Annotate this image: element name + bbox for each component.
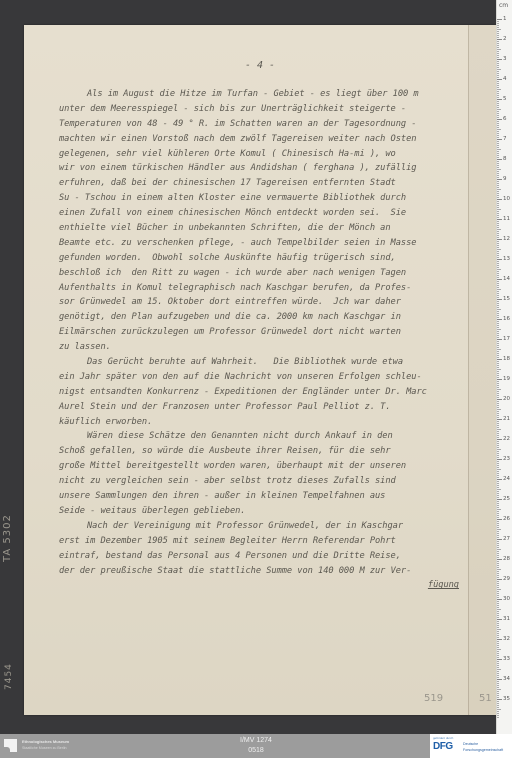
ruler-minor-tick xyxy=(497,383,499,384)
ruler-label: 3 xyxy=(503,56,507,62)
ruler-minor-tick xyxy=(497,103,499,104)
ruler-minor-tick xyxy=(497,307,499,308)
measurement-ruler: cm 1234567891011121314151617181920212223… xyxy=(496,0,512,734)
ruler-label: 7 xyxy=(503,136,507,142)
ruler-minor-tick xyxy=(497,143,499,144)
ruler-minor-tick xyxy=(497,55,499,56)
ruler-minor-tick xyxy=(497,253,499,254)
ruler-minor-tick xyxy=(497,543,499,544)
ruler-tick xyxy=(497,339,502,340)
ruler-minor-tick xyxy=(497,303,499,304)
ruler-label: 12 xyxy=(503,236,510,242)
ruler-minor-tick xyxy=(497,537,499,538)
ruler-minor-tick xyxy=(497,289,501,290)
ruler-label: 28 xyxy=(503,556,510,562)
text-line: zu lassen. xyxy=(59,340,461,355)
ruler-label: 21 xyxy=(503,416,510,422)
ruler-minor-tick xyxy=(497,395,499,396)
ruler-label: 32 xyxy=(503,636,510,642)
ruler-minor-tick xyxy=(497,669,501,670)
ruler-minor-tick xyxy=(497,617,499,618)
ruler-minor-tick xyxy=(497,109,501,110)
ruler-minor-tick xyxy=(497,141,499,142)
ruler-minor-tick xyxy=(497,313,499,314)
ruler-tick xyxy=(497,319,502,320)
ruler-minor-tick xyxy=(497,65,499,66)
funder-name-line-2: Forschungsgemeinschaft xyxy=(463,748,503,752)
ruler-minor-tick xyxy=(497,287,499,288)
ruler-minor-tick xyxy=(497,205,499,206)
ruler-minor-tick xyxy=(497,51,499,52)
ruler-minor-tick xyxy=(497,195,499,196)
ruler-minor-tick xyxy=(497,223,499,224)
ruler-minor-tick xyxy=(497,217,499,218)
ruler-minor-tick xyxy=(497,563,499,564)
ruler-minor-tick xyxy=(497,311,499,312)
ruler-minor-tick xyxy=(497,245,499,246)
ruler-minor-tick xyxy=(497,711,499,712)
ruler-minor-tick xyxy=(497,503,499,504)
ruler-label: 4 xyxy=(503,76,507,82)
ruler-minor-tick xyxy=(497,605,499,606)
ruler-minor-tick xyxy=(497,317,499,318)
text-line: gefunden worden. Obwohl solche Auskünfte… xyxy=(59,251,461,266)
ruler-minor-tick xyxy=(497,147,499,148)
text-line: der der preußische Staat die stattliche … xyxy=(59,564,461,579)
ruler-minor-tick xyxy=(497,267,499,268)
ruler-minor-tick xyxy=(497,203,499,204)
ruler-tick xyxy=(497,279,502,280)
ruler-minor-tick xyxy=(497,443,499,444)
folio-number: 519 xyxy=(424,693,443,704)
footer-bar: Ethnologisches Museum Staatliche Museen … xyxy=(0,734,512,758)
ruler-minor-tick xyxy=(497,369,501,370)
ruler-minor-tick xyxy=(497,705,499,706)
ruler-minor-tick xyxy=(497,397,499,398)
ruler-minor-tick xyxy=(497,403,499,404)
ruler-minor-tick xyxy=(497,697,499,698)
ruler-minor-tick xyxy=(497,353,499,354)
ruler-minor-tick xyxy=(497,281,499,282)
text-line: erst im Dezember 1905 mit seinem Begleit… xyxy=(59,534,461,549)
typewritten-text: Als im August die Hitze im Turfan - Gebi… xyxy=(59,87,461,593)
ruler-minor-tick xyxy=(497,491,499,492)
ruler-tick xyxy=(497,139,502,140)
ruler-minor-tick xyxy=(497,177,499,178)
ruler-minor-tick xyxy=(497,61,499,62)
ruler-minor-tick xyxy=(497,91,499,92)
ruler-minor-tick xyxy=(497,111,499,112)
ruler-minor-tick xyxy=(497,175,499,176)
ruler-minor-tick xyxy=(497,283,499,284)
ruler-minor-tick xyxy=(497,25,499,26)
ruler-minor-tick xyxy=(497,625,499,626)
ruler-minor-tick xyxy=(497,49,501,50)
ruler-minor-tick xyxy=(497,121,499,122)
ruler-minor-tick xyxy=(497,291,499,292)
ruler-minor-tick xyxy=(497,167,499,168)
ruler-minor-tick xyxy=(497,435,499,436)
ruler-minor-tick xyxy=(497,87,499,88)
text-line: unsere Sammlungen den ihren - außer in k… xyxy=(59,489,461,504)
ruler-minor-tick xyxy=(497,305,499,306)
ruler-minor-tick xyxy=(497,135,499,136)
ruler-minor-tick xyxy=(497,467,499,468)
ruler-minor-tick xyxy=(497,671,499,672)
dfg-logo-icon: DFG xyxy=(433,741,453,752)
ruler-minor-tick xyxy=(497,665,499,666)
ruler-minor-tick xyxy=(497,485,499,486)
ruler-label: 25 xyxy=(503,496,510,502)
ruler-minor-tick xyxy=(497,169,501,170)
ruler-minor-tick xyxy=(497,493,499,494)
ruler-label: 30 xyxy=(503,596,510,602)
ruler-tick xyxy=(497,359,502,360)
ruler-minor-tick xyxy=(497,165,499,166)
ruler-label: 15 xyxy=(503,296,510,302)
ruler-minor-tick xyxy=(497,649,501,650)
ruler-minor-tick xyxy=(497,511,499,512)
ruler-minor-tick xyxy=(497,641,499,642)
ruler-minor-tick xyxy=(497,331,499,332)
ruler-tick xyxy=(497,439,502,440)
ruler-minor-tick xyxy=(497,683,499,684)
ruler-minor-tick xyxy=(497,475,499,476)
ruler-minor-tick xyxy=(497,501,499,502)
ruler-minor-tick xyxy=(497,393,499,394)
ruler-minor-tick xyxy=(497,703,499,704)
ruler-minor-tick xyxy=(497,173,499,174)
ruler-tick xyxy=(497,679,502,680)
ruler-minor-tick xyxy=(497,191,499,192)
ruler-minor-tick xyxy=(497,181,499,182)
ruler-minor-tick xyxy=(497,355,499,356)
ruler-minor-tick xyxy=(497,335,499,336)
ruler-minor-tick xyxy=(497,21,499,22)
ruler-minor-tick xyxy=(497,591,499,592)
ruler-minor-tick xyxy=(497,351,499,352)
ruler-tick xyxy=(497,379,502,380)
funder-small-text: gefördert durch xyxy=(433,736,453,740)
text-line: einen Zufall von einem chinesischen Mönc… xyxy=(59,206,461,221)
ruler-label: 16 xyxy=(503,316,510,322)
ruler-minor-tick xyxy=(497,183,499,184)
ruler-minor-tick xyxy=(497,321,499,322)
ruler-label: 35 xyxy=(503,696,510,702)
ruler-tick xyxy=(497,179,502,180)
ruler-minor-tick xyxy=(497,685,499,686)
ruler-minor-tick xyxy=(497,233,499,234)
ruler-minor-tick xyxy=(497,473,499,474)
text-line: Temperaturen von 48 - 49 ° R. im Schatte… xyxy=(59,117,461,132)
inventory-info: I/MV 1274 0518 xyxy=(206,736,306,756)
ruler-minor-tick xyxy=(497,487,499,488)
ruler-minor-tick xyxy=(497,427,499,428)
ruler-minor-tick xyxy=(497,647,499,648)
ruler-minor-tick xyxy=(497,265,499,266)
ruler-minor-tick xyxy=(497,433,499,434)
ruler-minor-tick xyxy=(497,601,499,602)
ruler-minor-tick xyxy=(497,517,499,518)
ruler-minor-tick xyxy=(497,207,499,208)
page-fold-shadow xyxy=(469,25,496,715)
ruler-minor-tick xyxy=(497,131,499,132)
ruler-minor-tick xyxy=(497,151,499,152)
ruler-label: 18 xyxy=(503,356,510,362)
ruler-minor-tick xyxy=(497,197,499,198)
ruler-minor-tick xyxy=(497,363,499,364)
ruler-minor-tick xyxy=(497,673,499,674)
ruler-minor-tick xyxy=(497,117,499,118)
ruler-minor-tick xyxy=(497,465,499,466)
ruler-tick xyxy=(497,399,502,400)
ruler-minor-tick xyxy=(497,83,499,84)
text-line: Aufenthalts in Komul telegraphisch nach … xyxy=(59,281,461,296)
ruler-tick xyxy=(497,119,502,120)
ruler-tick xyxy=(497,539,502,540)
ruler-minor-tick xyxy=(497,525,499,526)
ruler-minor-tick xyxy=(497,621,499,622)
ruler-minor-tick xyxy=(497,585,499,586)
margin-number: 7454 xyxy=(4,663,14,690)
ruler-minor-tick xyxy=(497,449,501,450)
ruler-minor-tick xyxy=(497,337,499,338)
ruler-minor-tick xyxy=(497,609,501,610)
ruler-minor-tick xyxy=(497,709,501,710)
text-line: erfuhren, daß bei der chinesischen 17 Ta… xyxy=(59,176,461,191)
ruler-minor-tick xyxy=(497,421,499,422)
ruler-label: 11 xyxy=(503,216,510,222)
ruler-minor-tick xyxy=(497,555,499,556)
ruler-tick xyxy=(497,699,502,700)
ruler-minor-tick xyxy=(497,387,499,388)
ruler-minor-tick xyxy=(497,413,499,414)
ruler-label: 19 xyxy=(503,376,510,382)
text-line: machten wir einen Vorstoß nach dem zwölf… xyxy=(59,132,461,147)
ruler-minor-tick xyxy=(497,293,499,294)
catchword: fügung xyxy=(428,580,459,590)
ruler-minor-tick xyxy=(497,37,499,38)
ruler-minor-tick xyxy=(497,31,499,32)
ruler-minor-tick xyxy=(497,237,499,238)
ruler-minor-tick xyxy=(497,43,499,44)
ruler-label: 9 xyxy=(503,176,507,182)
ruler-minor-tick xyxy=(497,603,499,604)
ruler-minor-tick xyxy=(497,373,499,374)
ruler-minor-tick xyxy=(497,27,499,28)
ruler-minor-tick xyxy=(497,661,499,662)
ruler-minor-tick xyxy=(497,713,499,714)
ruler-minor-tick xyxy=(497,229,501,230)
ruler-minor-tick xyxy=(497,677,499,678)
ruler-label: 8 xyxy=(503,156,507,162)
ruler-tick xyxy=(497,239,502,240)
ruler-minor-tick xyxy=(497,23,499,24)
ruler-tick xyxy=(497,59,502,60)
ruler-minor-tick xyxy=(497,221,499,222)
ruler-minor-tick xyxy=(497,575,499,576)
ruler-minor-tick xyxy=(497,243,499,244)
ruler-minor-tick xyxy=(497,115,499,116)
text-line: sor Grünwedel am 15. Oktober dort eintre… xyxy=(59,295,461,310)
ruler-minor-tick xyxy=(497,483,499,484)
ruler-minor-tick xyxy=(497,101,499,102)
ruler-minor-tick xyxy=(497,561,499,562)
ruler-minor-tick xyxy=(497,695,499,696)
ruler-minor-tick xyxy=(497,153,499,154)
ruler-minor-tick xyxy=(497,469,501,470)
text-line: Seide - weitaus überlegen geblieben. xyxy=(59,504,461,519)
ruler-minor-tick xyxy=(497,529,501,530)
ruler-minor-tick xyxy=(497,533,499,534)
ruler-minor-tick xyxy=(497,185,499,186)
ruler-tick xyxy=(497,219,502,220)
ruler-minor-tick xyxy=(497,507,499,508)
ruler-minor-tick xyxy=(497,569,501,570)
ruler-minor-tick xyxy=(497,89,501,90)
ruler-minor-tick xyxy=(497,675,499,676)
ruler-minor-tick xyxy=(497,565,499,566)
ruler-minor-tick xyxy=(497,423,499,424)
ruler-minor-tick xyxy=(497,513,499,514)
ruler-tick xyxy=(497,199,502,200)
ruler-label: 14 xyxy=(503,276,510,282)
ruler-minor-tick xyxy=(497,323,499,324)
ruler-minor-tick xyxy=(497,371,499,372)
ruler-minor-tick xyxy=(497,327,499,328)
ruler-minor-tick xyxy=(497,457,499,458)
ruler-minor-tick xyxy=(497,521,499,522)
ruler-label: 17 xyxy=(503,336,510,342)
ruler-minor-tick xyxy=(497,157,499,158)
text-line: fügung xyxy=(59,578,461,593)
ruler-label: 24 xyxy=(503,476,510,482)
ruler-minor-tick xyxy=(497,717,499,718)
ruler-minor-tick xyxy=(497,425,499,426)
ruler-minor-tick xyxy=(497,693,499,694)
ruler-minor-tick xyxy=(497,407,499,408)
ruler-minor-tick xyxy=(497,333,499,334)
ruler-label: 10 xyxy=(503,196,510,202)
ruler-minor-tick xyxy=(497,347,499,348)
ruler-minor-tick xyxy=(497,445,499,446)
ruler-minor-tick xyxy=(497,53,499,54)
text-line: Wären diese Schätze den Genannten nicht … xyxy=(59,429,461,444)
image-number: 0518 xyxy=(206,746,306,756)
ruler-tick xyxy=(497,39,502,40)
ruler-minor-tick xyxy=(497,551,499,552)
ruler-minor-tick xyxy=(497,415,499,416)
ruler-minor-tick xyxy=(497,495,499,496)
ruler-minor-tick xyxy=(497,269,501,270)
ruler-minor-tick xyxy=(497,161,499,162)
ruler-minor-tick xyxy=(497,325,499,326)
ruler-minor-tick xyxy=(497,155,499,156)
ruler-tick xyxy=(497,459,502,460)
ruler-minor-tick xyxy=(497,273,499,274)
ruler-minor-tick xyxy=(497,401,499,402)
ruler-minor-tick xyxy=(497,645,499,646)
ruler-minor-tick xyxy=(497,189,501,190)
ruler-minor-tick xyxy=(497,297,499,298)
ruler-minor-tick xyxy=(497,481,499,482)
ruler-minor-tick xyxy=(497,627,499,628)
ruler-minor-tick xyxy=(497,137,499,138)
ruler-minor-tick xyxy=(497,357,499,358)
ruler-minor-tick xyxy=(497,597,499,598)
page-number: - 4 - xyxy=(24,60,496,71)
ruler-minor-tick xyxy=(497,367,499,368)
ruler-minor-tick xyxy=(497,635,499,636)
ruler-minor-tick xyxy=(497,637,499,638)
ruler-minor-tick xyxy=(497,295,499,296)
ruler-minor-tick xyxy=(497,107,499,108)
ruler-tick xyxy=(497,619,502,620)
ruler-minor-tick xyxy=(497,547,499,548)
text-line: nicht zu vergleichen sein - aber selbst … xyxy=(59,474,461,489)
ruler-minor-tick xyxy=(497,249,501,250)
text-line: Su - Tschou in einem alten Kloster eine … xyxy=(59,191,461,206)
ruler-minor-tick xyxy=(497,163,499,164)
ruler-minor-tick xyxy=(497,231,499,232)
ruler-label: 33 xyxy=(503,656,510,662)
ruler-minor-tick xyxy=(497,171,499,172)
text-line: Eilmärschen zurückzulegen um Professor G… xyxy=(59,325,461,340)
ruler-minor-tick xyxy=(497,581,499,582)
ruler-minor-tick xyxy=(497,707,499,708)
margin-signature: TA 5302 xyxy=(2,514,13,562)
ruler-minor-tick xyxy=(497,193,499,194)
ruler-minor-tick xyxy=(497,607,499,608)
ruler-minor-tick xyxy=(497,235,499,236)
ruler-minor-tick xyxy=(497,681,499,682)
ruler-minor-tick xyxy=(497,451,499,452)
inventory-number: I/MV 1274 xyxy=(206,736,306,746)
ruler-tick xyxy=(497,479,502,480)
museum-subtitle: Staatliche Museen zu Berlin xyxy=(22,746,67,750)
ruler-minor-tick xyxy=(497,505,499,506)
ruler-minor-tick xyxy=(497,583,499,584)
ruler-minor-tick xyxy=(497,315,499,316)
ruler-minor-tick xyxy=(497,541,499,542)
ruler-minor-tick xyxy=(497,631,499,632)
ruler-minor-tick xyxy=(497,345,499,346)
ruler-minor-tick xyxy=(497,515,499,516)
page-fold xyxy=(468,25,469,715)
ruler-minor-tick xyxy=(497,545,499,546)
ruler-minor-tick xyxy=(497,261,499,262)
text-line: gelegenen, sehr viel kühleren Orte Komul… xyxy=(59,147,461,162)
ruler-minor-tick xyxy=(497,553,499,554)
text-line: ein Jahr später von den auf die Nachrich… xyxy=(59,370,461,385)
ruler-minor-tick xyxy=(497,461,499,462)
ruler-minor-tick xyxy=(497,411,499,412)
text-line: Beamte etc. zu verschenken pflege, - auc… xyxy=(59,236,461,251)
ruler-minor-tick xyxy=(497,687,499,688)
ruler-minor-tick xyxy=(497,437,499,438)
ruler-minor-tick xyxy=(497,33,499,34)
ruler-minor-tick xyxy=(497,97,499,98)
ruler-minor-tick xyxy=(497,391,499,392)
ruler-minor-tick xyxy=(497,361,499,362)
ruler-minor-tick xyxy=(497,63,499,64)
ruler-minor-tick xyxy=(497,643,499,644)
ruler-tick xyxy=(497,599,502,600)
ruler-minor-tick xyxy=(497,613,499,614)
ruler-minor-tick xyxy=(497,29,501,30)
ruler-minor-tick xyxy=(497,549,501,550)
ruler-minor-tick xyxy=(497,247,499,248)
